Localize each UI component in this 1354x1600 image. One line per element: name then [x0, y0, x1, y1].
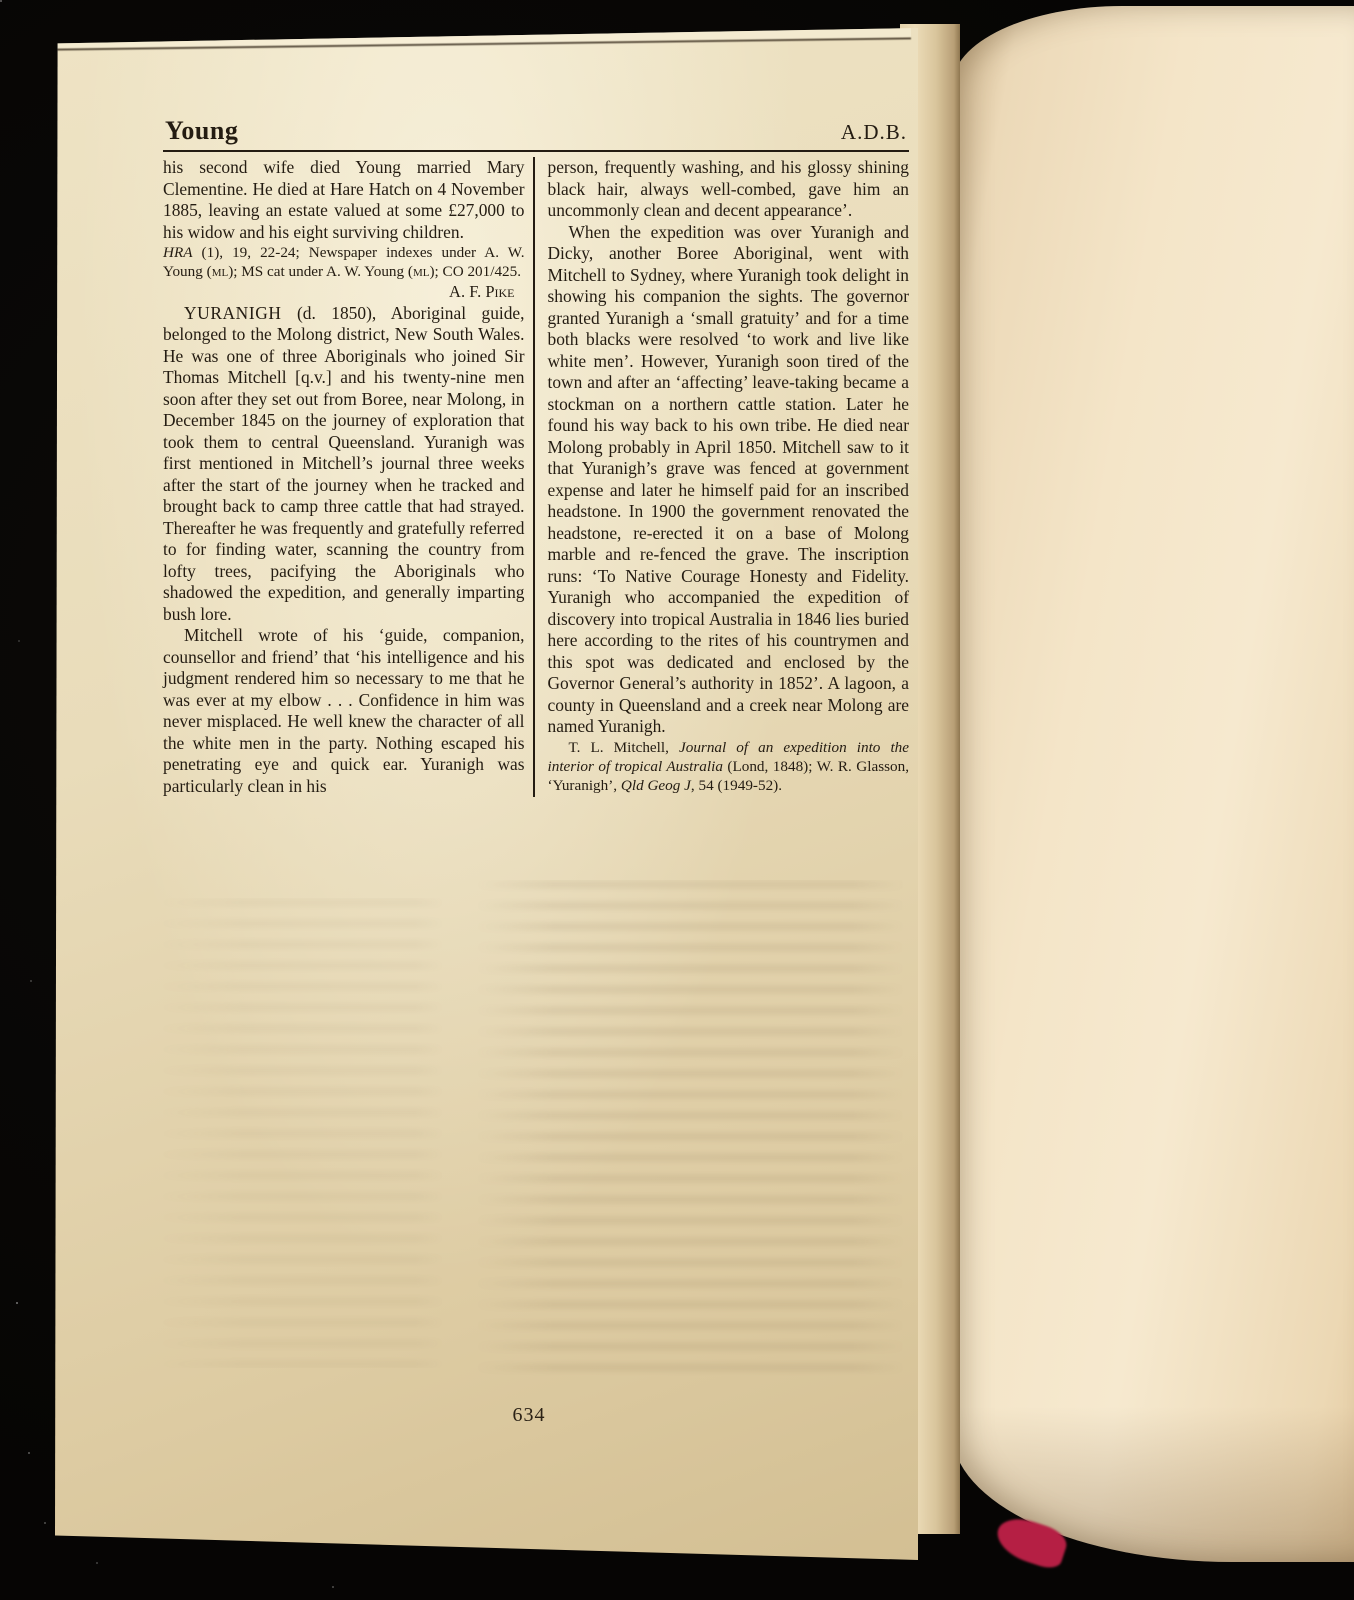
continuation-paragraph: person, frequently washing, and his glos… [548, 157, 910, 222]
sources-text: ); CO 201/425. [429, 263, 521, 280]
book-photo: { "colors": { "background": "#070605", "… [0, 0, 1354, 1600]
author-name: A. F. Pike [449, 282, 514, 301]
entry-paragraph: YURANIGH (d. 1850), Aboriginal guide, be… [163, 303, 525, 626]
sources-smallcaps: ml [413, 263, 430, 280]
running-header: Young A.D.B. [163, 116, 909, 146]
header-rule [163, 150, 909, 152]
entry-headword: YURANIGH [184, 303, 282, 323]
bibliography-italic-journal: Qld Geog J [621, 777, 691, 794]
left-column: his second wife died Young married Mary … [163, 157, 525, 797]
facing-blank-page [952, 6, 1354, 1562]
continuation-paragraph: his second wife died Young married Mary … [163, 157, 525, 243]
bibliography-note: T. L. Mitchell, Journal of an expedition… [548, 738, 910, 795]
entry-body: (d. 1850), Aboriginal guide, belonged to… [163, 303, 525, 624]
bibliography-text: , 54 (1949-52). [691, 777, 782, 794]
page-number: 634 [163, 1404, 895, 1427]
dust-speckles [0, 0, 2, 2]
sources-smallcaps: ml [212, 263, 229, 280]
two-column-text: his second wife died Young married Mary … [163, 157, 909, 797]
sources-text: ); MS cat under A. W. Young ( [228, 263, 413, 280]
body-paragraph: Mitchell wrote of his ‘guide, companion,… [163, 625, 525, 797]
sources-note: HRA (1), 19, 22-24; Newspaper indexes un… [163, 243, 525, 281]
running-header-title: Young [165, 116, 238, 146]
bibliography-text: T. L. Mitchell, [569, 739, 679, 756]
author-attribution: A. F. Pike [163, 281, 525, 303]
running-header-abbrev: A.D.B. [841, 120, 907, 145]
sources-italic-title: HRA [163, 244, 193, 261]
page-edge-sliver [57, 26, 911, 48]
printed-text-area: Young A.D.B. his second wife died Young … [163, 116, 909, 1546]
body-paragraph: When the expedition was over Yuranigh an… [548, 222, 910, 738]
right-column: person, frequently washing, and his glos… [533, 157, 910, 797]
book-page: Young A.D.B. his second wife died Young … [55, 28, 918, 1560]
